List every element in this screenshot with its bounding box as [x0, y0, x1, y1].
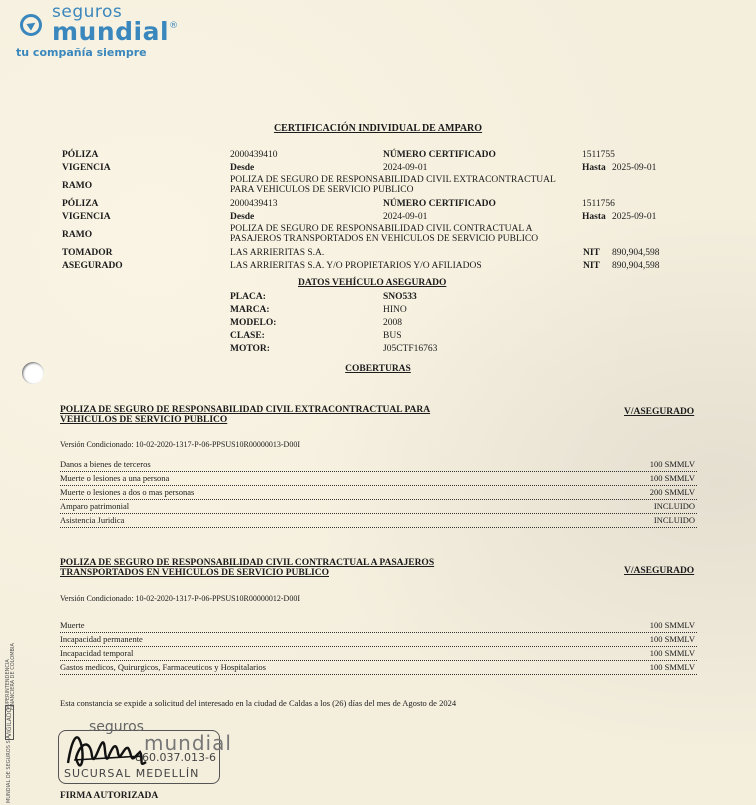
- ramo-label-1: RAMO: [62, 180, 92, 192]
- coverage-name: Incapacidad temporal: [60, 648, 133, 658]
- coverage-value: 100 SMMLV: [650, 620, 695, 630]
- coverage-value: 100 SMMLV: [650, 662, 695, 672]
- coverage-name: Asistencia Juridica: [60, 515, 124, 525]
- coverage-row: Incapacidad permanente100 SMMLV: [60, 633, 697, 647]
- vehicle-field-value: BUS: [383, 330, 401, 342]
- asegurado-value: LAS ARRIERITAS S.A. Y/O PROPIETARIOS Y/O…: [230, 260, 482, 272]
- cert-label-2: NÚMERO CERTIFICADO: [383, 198, 496, 210]
- coverage-name: Danos a bienes de terceros: [60, 459, 151, 469]
- vehicle-field-label: MODELO:: [230, 317, 276, 329]
- poliza-value-2: 2000439413: [230, 198, 278, 210]
- coverage-value: 100 SMMLV: [650, 634, 695, 644]
- cert-value-1: 1511755: [582, 149, 615, 161]
- vehicle-field-label: MOTOR:: [230, 343, 270, 355]
- coverage-section-2-title: POLIZA DE SEGURO DE RESPONSABILIDAD CIVI…: [60, 558, 434, 578]
- asegurado-nit-value: 890,904,598: [612, 260, 660, 272]
- coverage-row: Asistencia JuridicaINCLUIDO: [60, 514, 697, 528]
- hasta-label-1: Hasta: [582, 162, 606, 174]
- vehicle-section-title: DATOS VEHÍCULO ASEGURADO: [298, 277, 446, 289]
- coverage-table-2: Muerte100 SMMLVIncapacidad permanente100…: [60, 619, 697, 675]
- coverage-value: INCLUIDO: [654, 501, 695, 511]
- tomador-value: LAS ARRIERITAS S.A.: [230, 247, 324, 259]
- vigencia-label-2: VIGENCIA: [62, 211, 111, 223]
- navigation-arrow-icon: [20, 14, 42, 36]
- constancia-text: Esta constancia se expide a solicitud de…: [60, 698, 456, 708]
- coverage-row: Danos a bienes de terceros100 SMMLV: [60, 458, 697, 472]
- coverage-section-2-value-header: V/ASEGURADO: [624, 566, 694, 576]
- vehicle-field-value: 2008: [383, 317, 402, 329]
- logo-mundial: mundial®: [52, 17, 179, 46]
- hasta-label-2: Hasta: [582, 211, 606, 223]
- coverage-row: Muerte o lesiones a una persona100 SMMLV: [60, 472, 697, 486]
- coverage-value: 100 SMMLV: [650, 648, 695, 658]
- coverage-name: Muerte o lesiones a dos o mas personas: [60, 487, 194, 497]
- vigencia-label-1: VIGENCIA: [62, 162, 111, 174]
- coverage-section-1-title: POLIZA DE SEGURO DE RESPONSABILIDAD CIVI…: [60, 405, 430, 425]
- coverage-row: Muerte o lesiones a dos o mas personas20…: [60, 486, 697, 500]
- coverage-name: Muerte: [60, 620, 85, 630]
- poliza-label-2: PÓLIZA: [62, 198, 98, 210]
- coverage-value: 100 SMMLV: [650, 473, 695, 483]
- company-logo: seguros mundial® tu compañía siempre: [16, 6, 206, 56]
- poliza-label-1: PÓLIZA: [62, 149, 98, 161]
- desde-value-2: 2024-09-01: [383, 211, 427, 223]
- asegurado-nit-label: NIT: [583, 260, 600, 272]
- vehicle-field-value: J05CTF16763: [383, 343, 437, 355]
- coverage-section-1-value-header: V/ASEGURADO: [624, 407, 694, 417]
- coverage-value: 200 SMMLV: [650, 487, 695, 497]
- desde-label-2: Desde: [230, 211, 254, 223]
- coverage-section-1-version: Versión Condicionado: 10-02-2020-1317-P-…: [60, 440, 300, 449]
- vehicle-field-value: HINO: [383, 304, 407, 316]
- superintendencia-text: SUPERINTENDENCIA FINANCIERA DE COLOMBIA: [6, 630, 16, 710]
- signature-label: FIRMA AUTORIZADA: [60, 791, 158, 801]
- vehicle-field-label: CLASE:: [230, 330, 265, 342]
- side-company-text: MUNDIAL DE SEGUROS S.A.: [6, 734, 12, 803]
- tomador-nit-label: NIT: [583, 247, 600, 259]
- coverage-row: Muerte100 SMMLV: [60, 619, 697, 633]
- desde-value-1: 2024-09-01: [383, 162, 427, 174]
- coverage-row: Amparo patrimonialINCLUIDO: [60, 500, 697, 514]
- ramo-value-2: POLIZA DE SEGURO DE RESPONSABILIDAD CIVI…: [230, 224, 538, 244]
- coverage-name: Muerte o lesiones a una persona: [60, 473, 169, 483]
- coverage-row: Gastos medicos, Quirurgicos, Farmaceutic…: [60, 661, 697, 675]
- punch-hole: [22, 362, 44, 384]
- vehicle-field-label: MARCA:: [230, 304, 270, 316]
- coverages-title: COBERTURAS: [0, 363, 756, 375]
- vehicle-field-value: SNO533: [383, 291, 417, 303]
- signature-icon: [60, 718, 160, 780]
- logo-tagline: tu compañía siempre: [16, 46, 147, 59]
- vehicle-field-label: PLACA:: [230, 291, 266, 303]
- hasta-value-1: 2025-09-01: [612, 162, 656, 174]
- coverage-value: 100 SMMLV: [650, 459, 695, 469]
- cert-value-2: 1511756: [582, 198, 615, 210]
- document-title: CERTIFICACIÓN INDIVIDUAL DE AMPARO: [0, 123, 756, 134]
- coverage-name: Gastos medicos, Quirurgicos, Farmaceutic…: [60, 662, 266, 672]
- coverage-name: Amparo patrimonial: [60, 501, 129, 511]
- coverage-row: Incapacidad temporal100 SMMLV: [60, 647, 697, 661]
- cert-label-1: NÚMERO CERTIFICADO: [383, 149, 496, 161]
- coverage-section-2-version: Versión Condicionado: 10-02-2020-1317-P-…: [60, 594, 300, 603]
- tomador-nit-value: 890,904,598: [612, 247, 660, 259]
- coverage-value: INCLUIDO: [654, 515, 695, 525]
- ramo-label-2: RAMO: [62, 229, 92, 241]
- ramo-value-1: POLIZA DE SEGURO DE RESPONSABILIDAD CIVI…: [230, 175, 556, 195]
- hasta-value-2: 2025-09-01: [612, 211, 656, 223]
- vigilado-badge: VIGILADO: [6, 705, 13, 740]
- poliza-value-1: 2000439410: [230, 149, 278, 161]
- tomador-label: TOMADOR: [62, 247, 113, 259]
- coverage-table-1: Danos a bienes de terceros100 SMMLVMuert…: [60, 458, 697, 528]
- coverage-name: Incapacidad permanente: [60, 634, 143, 644]
- desde-label-1: Desde: [230, 162, 254, 174]
- asegurado-label: ASEGURADO: [62, 260, 123, 272]
